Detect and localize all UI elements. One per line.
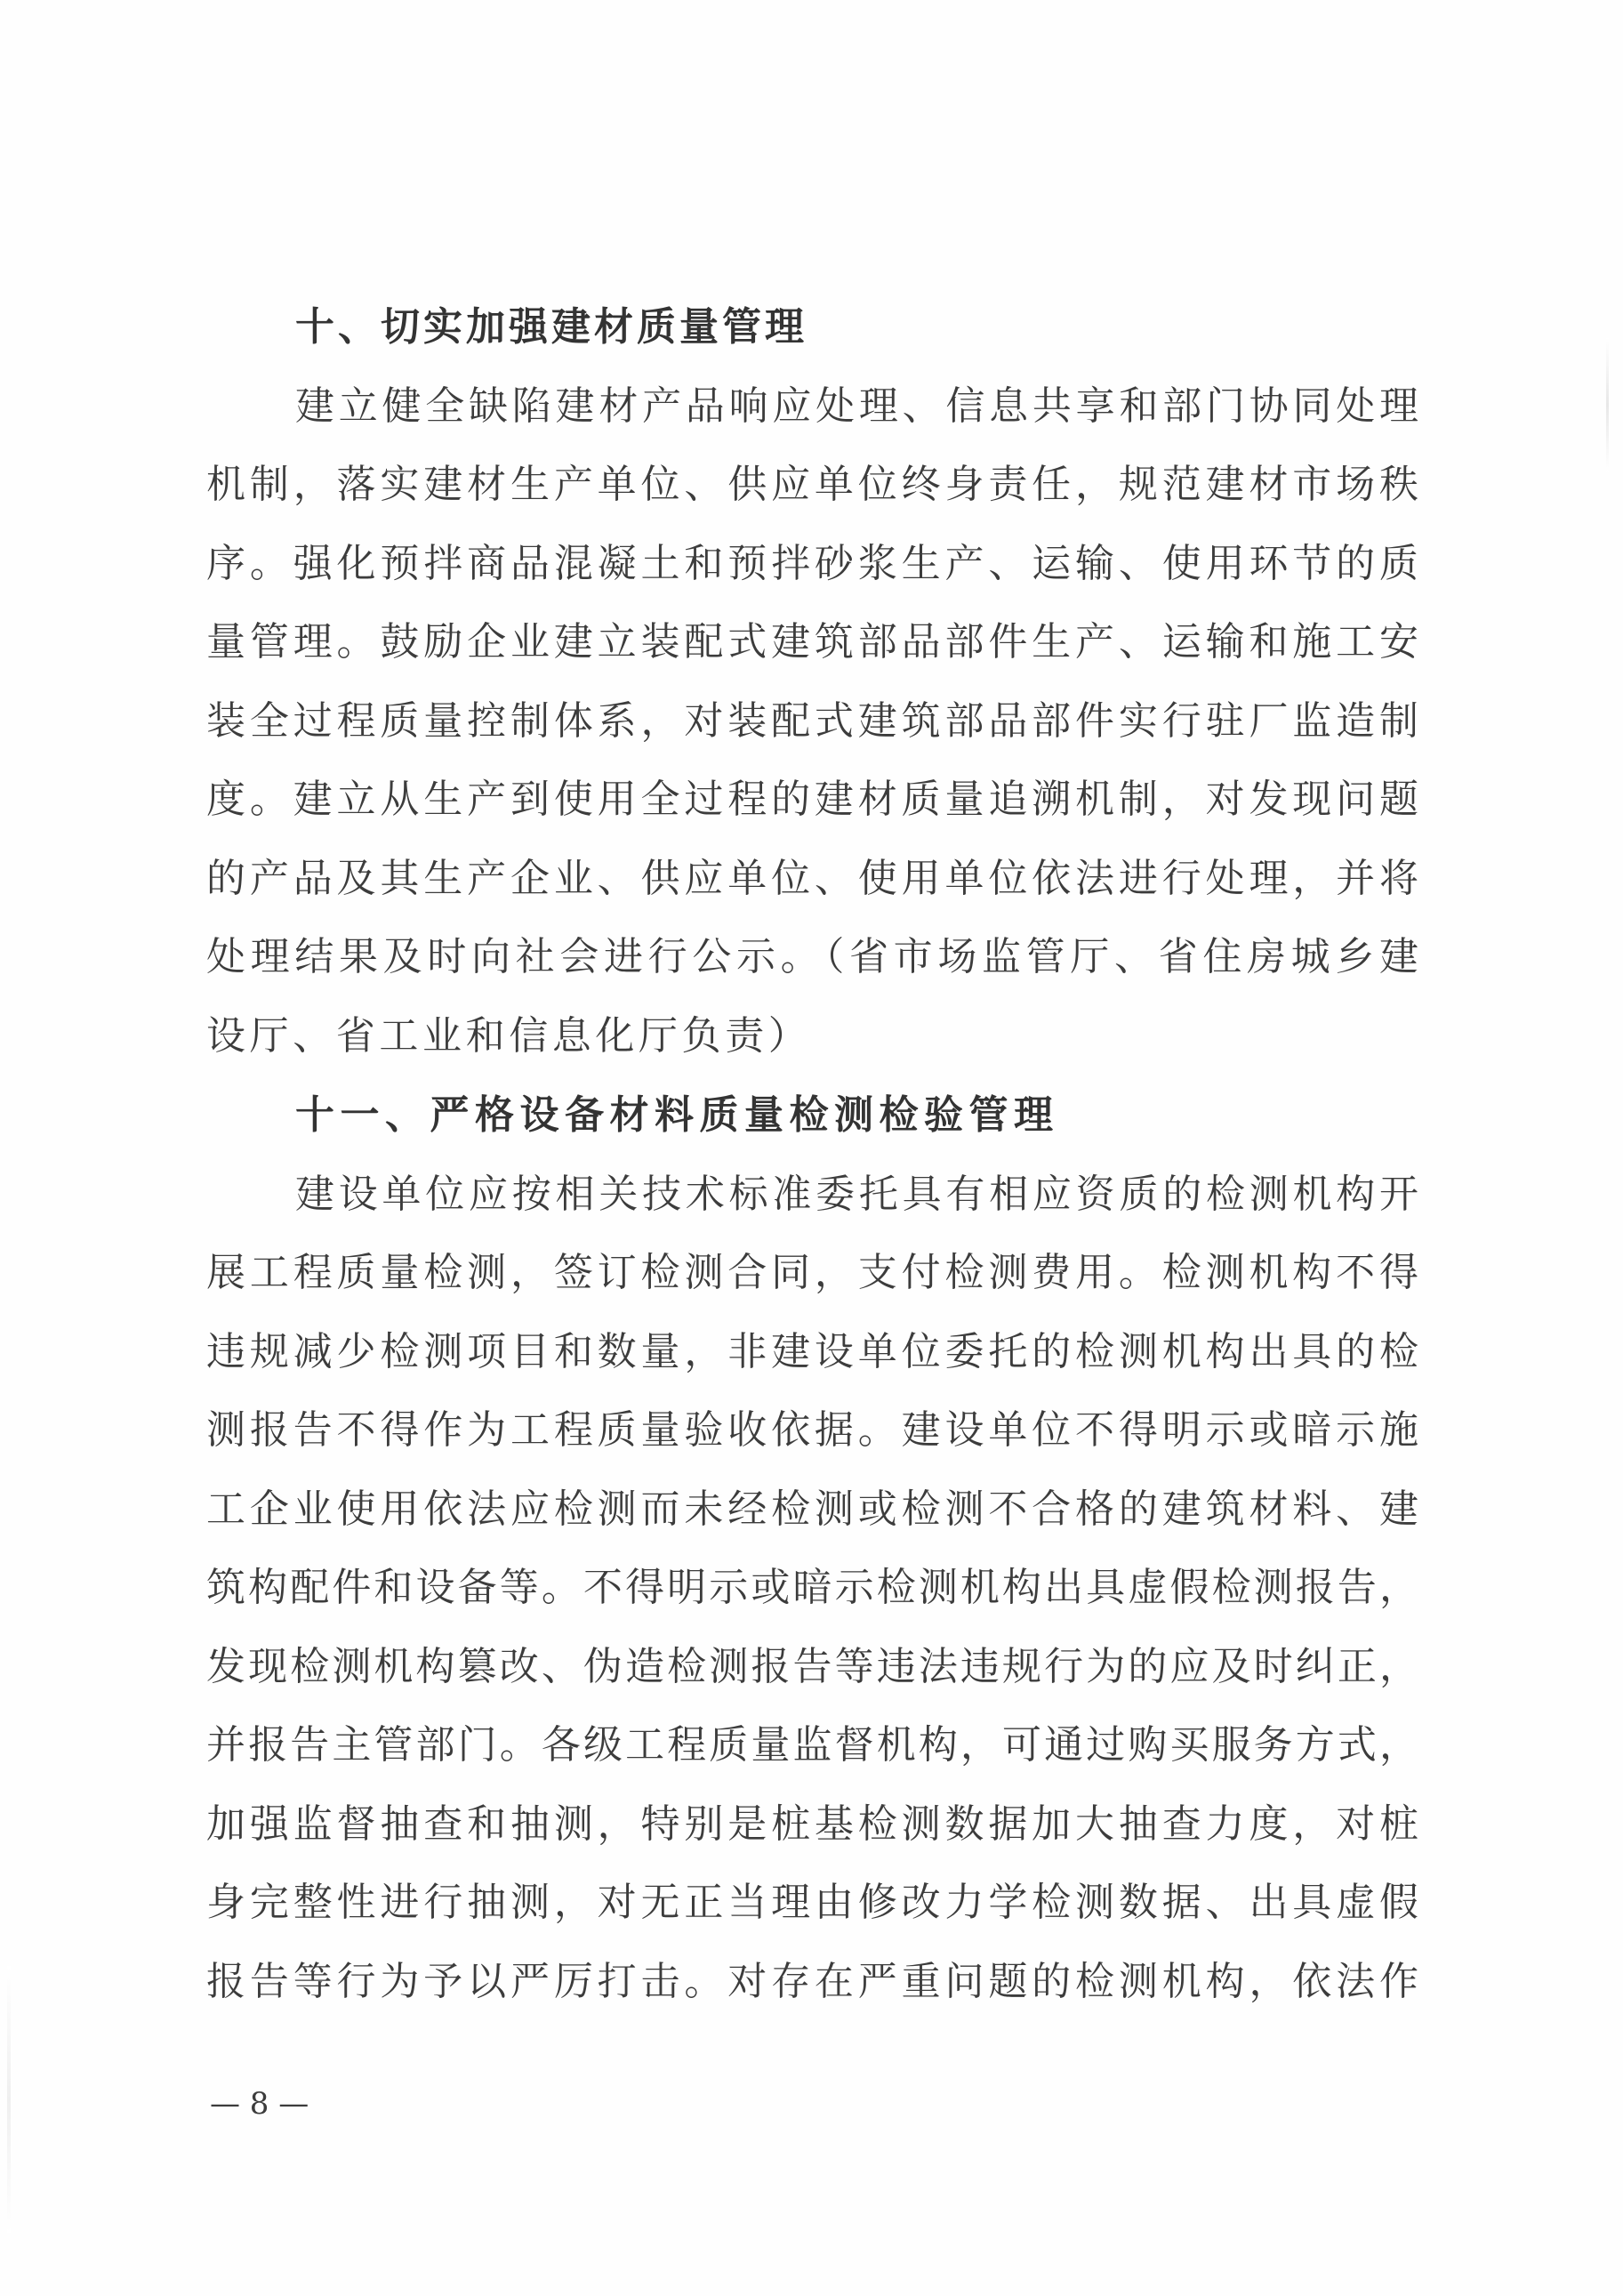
- section-heading-11: 十一、严格设备材料质量检测检验管理: [295, 1089, 1418, 1142]
- section-heading-10: 十、切实加强建材质量管理: [295, 301, 1418, 354]
- scan-artifact: [7, 1966, 11, 2233]
- paragraph-line: 处理结果及时向社会进行公示。（省市场监管厅、省住房城乡建: [206, 930, 1418, 984]
- paragraph-line: 加强监督抽查和抽测，特别是桩基检测数据加大抽查力度，对桩: [206, 1798, 1418, 1851]
- paragraph-line: 序。强化预拌商品混凝土和预拌砂浆生产、运输、使用环节的质: [206, 537, 1418, 591]
- paragraph-line: 并报告主管部门。各级工程质量监督机构，可通过购买服务方式，: [206, 1719, 1418, 1772]
- paragraph-line: 报告等行为予以严厉打击。对存在严重问题的检测机构，依法作: [206, 1955, 1418, 2009]
- paragraph-line: 工企业使用依法应检测而未经检测或检测不合格的建筑材料、建: [206, 1483, 1418, 1536]
- paragraph-line: 设厅、省工业和信息化厅负责）: [206, 1010, 1418, 1063]
- page-number: — 8 —: [210, 2084, 309, 2123]
- scan-artifact: [1606, 338, 1609, 471]
- paragraph-line: 测报告不得作为工程质量验收依据。建设单位不得明示或暗示施: [206, 1404, 1418, 1457]
- paragraph-line: 建设单位应按相关技术标准委托具有相应资质的检测机构开: [295, 1168, 1418, 1221]
- paragraph-line: 机制，落实建材生产单位、供应单位终身责任，规范建材市场秩: [206, 458, 1418, 512]
- paragraph-line: 身完整性进行抽测，对无正当理由修改力学检测数据、出具虚假: [206, 1876, 1418, 1929]
- paragraph-line: 量管理。鼓励企业建立装配式建筑部品部件生产、运输和施工安: [206, 616, 1418, 669]
- paragraph-line: 发现检测机构篡改、伪造检测报告等违法违规行为的应及时纠正，: [206, 1640, 1418, 1694]
- paragraph-line: 装全过程质量控制体系，对装配式建筑部品部件实行驻厂监造制: [206, 695, 1418, 748]
- paragraph-line: 建立健全缺陷建材产品响应处理、信息共享和部门协同处理: [295, 380, 1418, 433]
- paragraph-line: 展工程质量检测，签订检测合同，支付检测费用。检测机构不得: [206, 1246, 1418, 1300]
- paragraph-line: 的产品及其生产企业、供应单位、使用单位依法进行处理，并将: [206, 852, 1418, 906]
- document-page: 十、切实加强建材质量管理 建立健全缺陷建材产品响应处理、信息共享和部门协同处理 …: [0, 0, 1623, 2296]
- paragraph-line: 违规减少检测项目和数量，非建设单位委托的检测机构出具的检: [206, 1325, 1418, 1379]
- paragraph-line: 筑构配件和设备等。不得明示或暗示检测机构出具虚假检测报告，: [206, 1561, 1418, 1615]
- paragraph-line: 度。建立从生产到使用全过程的建材质量追溯机制，对发现问题: [206, 773, 1418, 826]
